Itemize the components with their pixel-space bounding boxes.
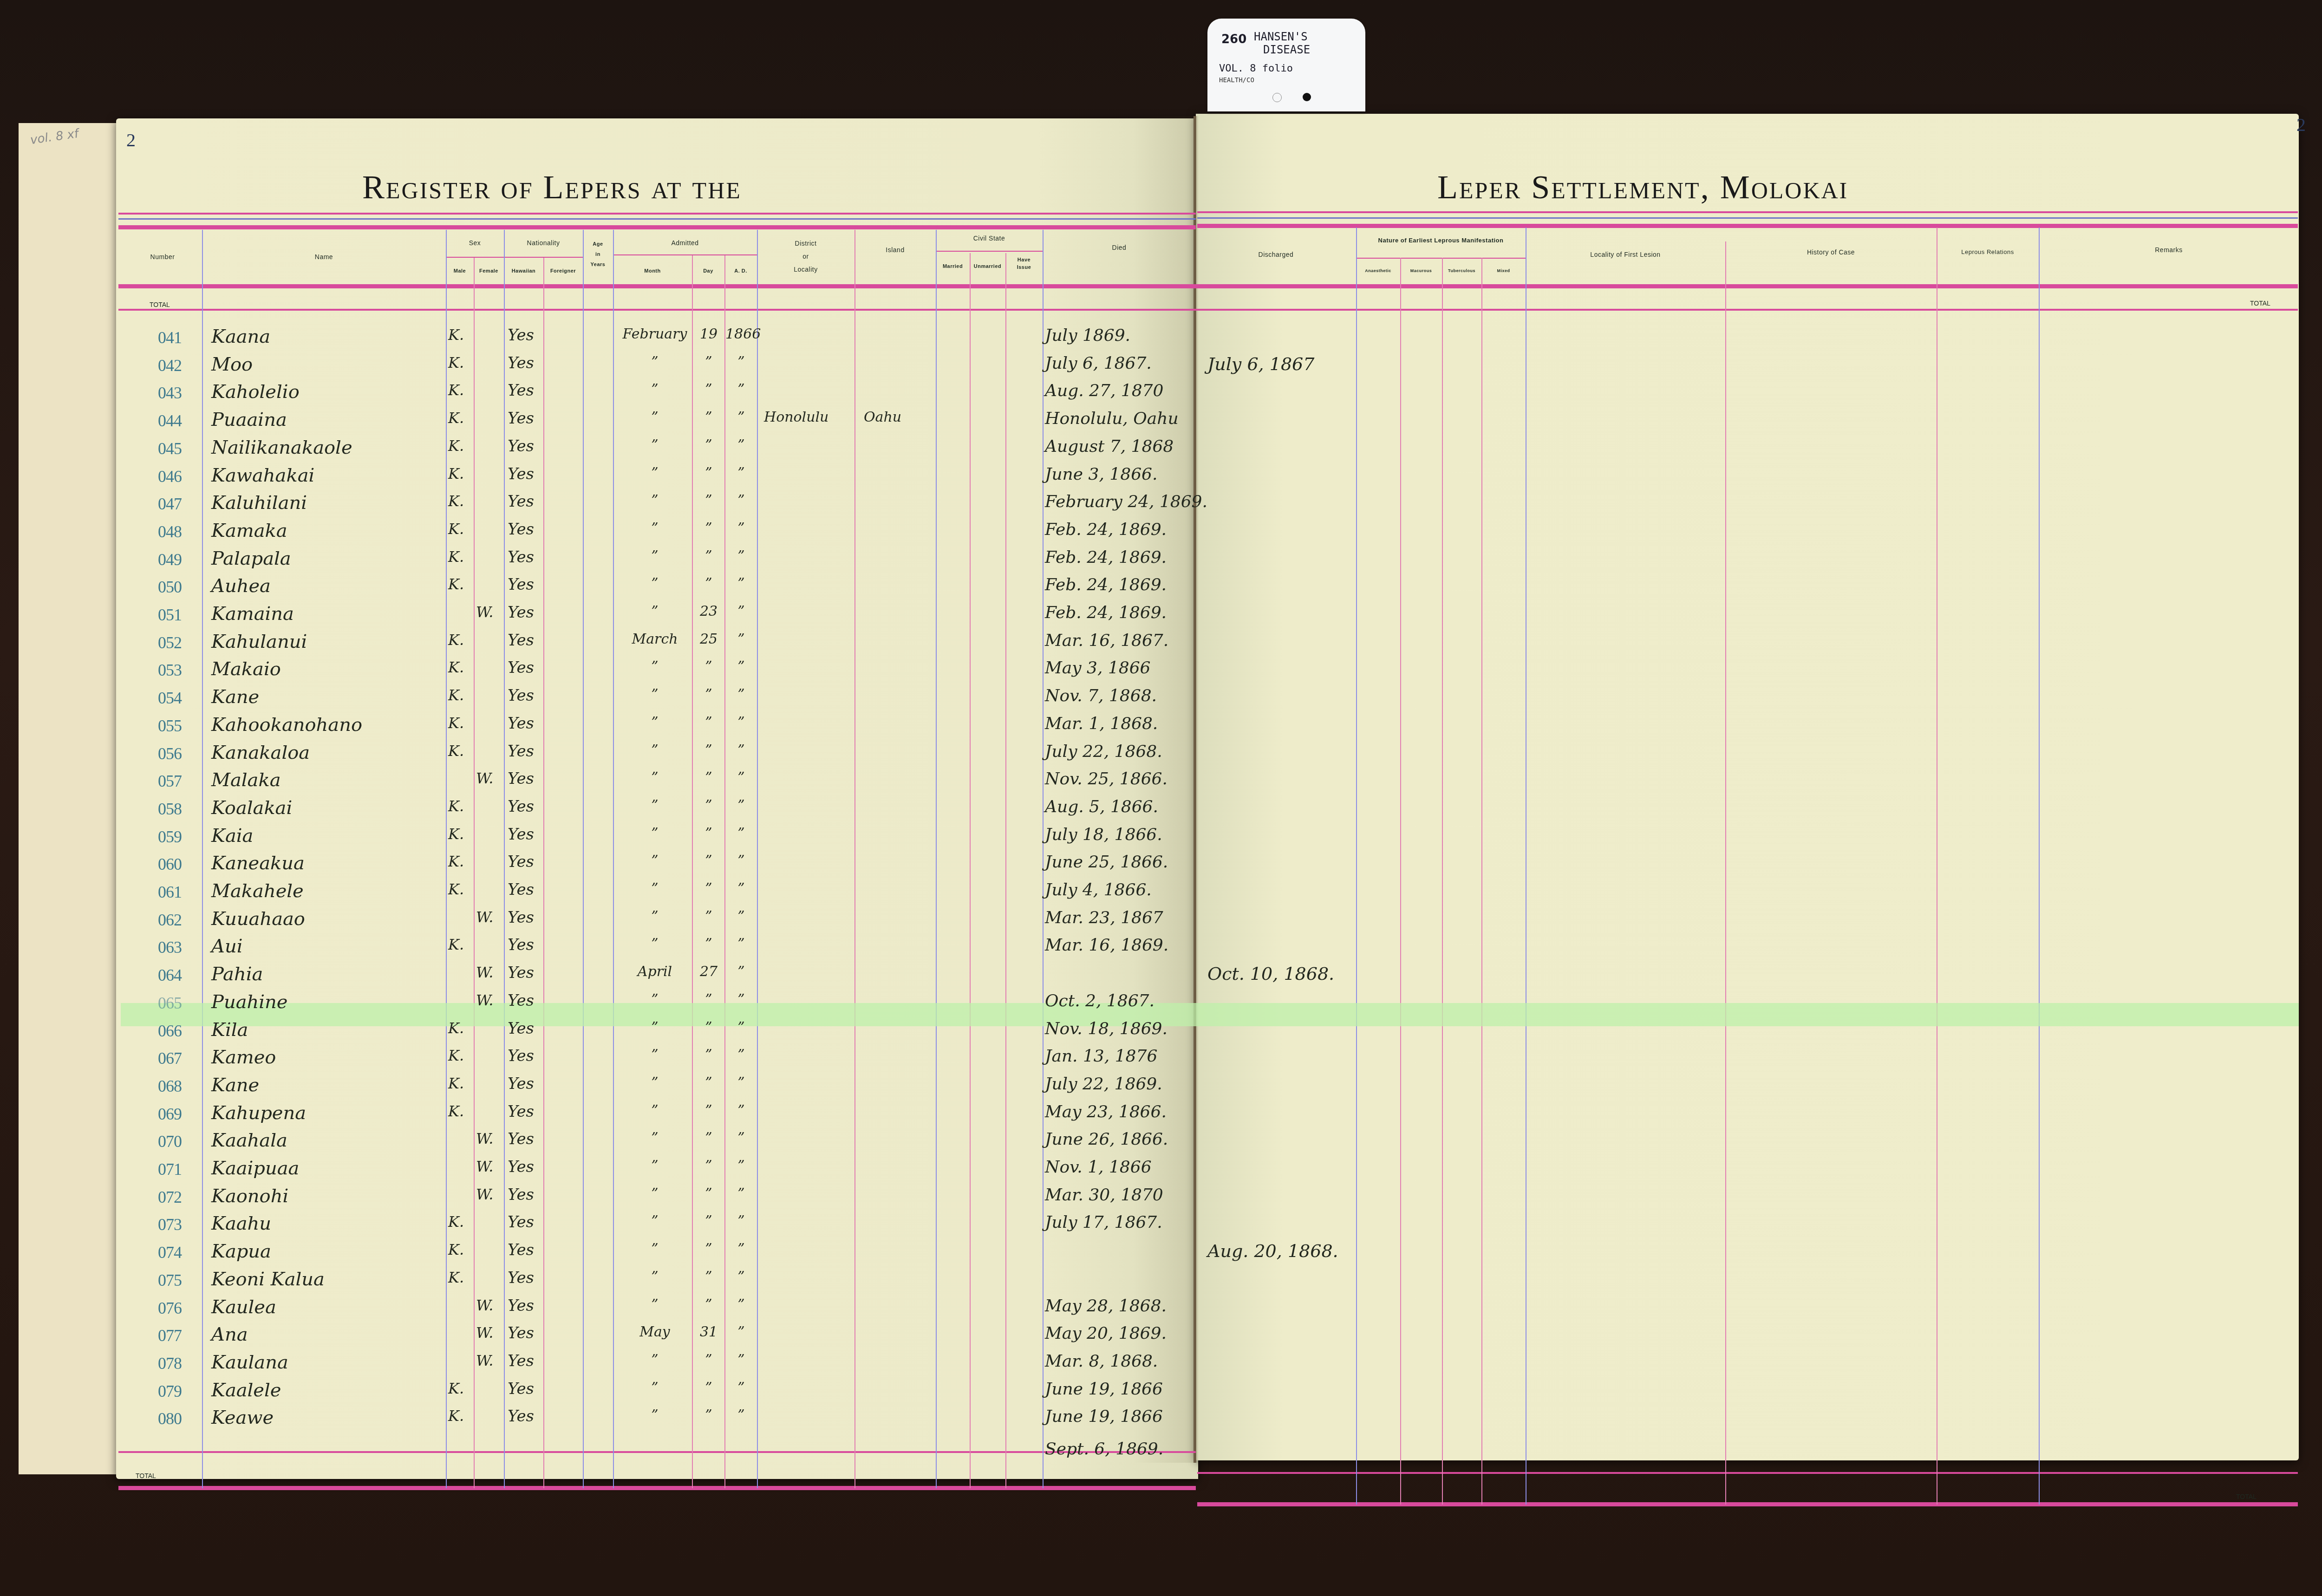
row-discharged: Aug. 20, 1868. [1207, 1241, 1338, 1261]
row-name: Moo [211, 354, 253, 375]
row-hawaiian: Yes [508, 603, 534, 622]
row-number: 072 [158, 1187, 182, 1207]
header-hawaiian: Hawaiian [504, 268, 543, 274]
row-sex-male: K. [448, 825, 464, 843]
row-hawaiian: Yes [508, 548, 534, 567]
row-admitted-day: ” [693, 880, 724, 897]
row-admitted-ad: ” [725, 1075, 757, 1091]
row-hawaiian: Yes [508, 326, 534, 345]
row-admitted-day: ” [693, 465, 724, 481]
row-hawaiian: Yes [508, 1213, 534, 1231]
row-hawaiian: Yes [508, 409, 534, 428]
row-number: 064 [158, 965, 182, 985]
row-sex-female: W. [476, 1324, 493, 1342]
row-name: Kaluhilani [211, 492, 307, 514]
row-hawaiian: Yes [508, 437, 534, 456]
row-name: Kaulea [211, 1296, 276, 1318]
tag-subject-line2: DISEASE [1254, 43, 1310, 56]
header-age-line3: Years [591, 262, 606, 267]
row-sex-male: K. [448, 520, 464, 538]
row-hawaiian: Yes [508, 1075, 534, 1093]
total-label-bottom-left: TOTAL [136, 1472, 156, 1479]
col-rule [202, 230, 203, 1488]
tag-hole-icon [1303, 93, 1311, 101]
col-rule [1400, 258, 1401, 1505]
col-rule [1442, 258, 1443, 1505]
col-rule [970, 253, 971, 1488]
row-name: Puahine [211, 991, 288, 1013]
row-died: Mar. 8, 1868. [1045, 1352, 1158, 1371]
row-admitted-ad: ” [725, 1324, 757, 1340]
row-name: Keawe [211, 1407, 274, 1428]
row-admitted-ad: ” [725, 1186, 757, 1202]
header-island: Island [854, 246, 936, 254]
row-sex-male: K. [448, 1380, 464, 1397]
row-hawaiian: Yes [508, 908, 534, 927]
row-hawaiian: Yes [508, 658, 534, 677]
row-died: August 7, 1868 [1045, 437, 1174, 456]
row-admitted-ad: ” [725, 1352, 757, 1368]
row-admitted-ad: ” [725, 1158, 757, 1174]
row-hawaiian: Yes [508, 1186, 534, 1204]
row-sex-male: K. [448, 1407, 464, 1425]
row-admitted-day: ” [693, 1019, 724, 1036]
row-admitted-month: ” [615, 1158, 694, 1174]
row-admitted-month: ” [615, 1352, 694, 1368]
row-admitted-month: ” [615, 1075, 694, 1091]
col-rule [1043, 230, 1044, 1488]
row-sex-male: K. [448, 1019, 464, 1037]
row-sex-male: K. [448, 853, 464, 870]
right-page-title: Leper Settlement, Molokai [1437, 168, 1848, 207]
row-sex-female: W. [476, 964, 493, 981]
row-sex-female: W. [476, 908, 493, 926]
tag-subject-line1: HANSEN'S [1254, 30, 1308, 43]
top-rule-blue [118, 218, 1196, 220]
row-number: 068 [158, 1076, 182, 1096]
row-hawaiian: Yes [508, 520, 534, 539]
col-rule [1526, 228, 1526, 1505]
row-hawaiian: Yes [508, 1324, 534, 1342]
bottom-total-bottom-rule-right [1197, 1502, 2298, 1506]
row-admitted-ad: ” [725, 686, 757, 703]
row-hawaiian: Yes [508, 1407, 534, 1426]
row-admitted-day: ” [693, 742, 724, 758]
row-discharged: Oct. 10, 1868. [1207, 964, 1334, 984]
header-have-issue: Have Issue [1005, 256, 1043, 271]
row-admitted-ad: ” [725, 853, 757, 869]
row-name: Kahulanui [211, 631, 307, 652]
row-name: Kapua [211, 1241, 271, 1262]
row-admitted-day: ” [693, 797, 724, 814]
row-admitted-day: ” [693, 1158, 724, 1174]
row-admitted-month: ” [615, 769, 694, 786]
row-hawaiian: Yes [508, 991, 534, 1010]
row-name: Kaahala [211, 1130, 287, 1151]
header-foreigner: Foreigner [543, 268, 583, 274]
row-died: June 19, 1866 [1045, 1407, 1163, 1426]
header-ad: A. D. [724, 268, 757, 274]
header-district-line3: Locality [794, 266, 817, 273]
row-admitted-ad: ” [725, 603, 757, 619]
row-hawaiian: Yes [508, 825, 534, 844]
header-name: Name [202, 253, 446, 261]
row-died: May 28, 1868. [1045, 1296, 1167, 1316]
row-admitted-ad: ” [725, 742, 757, 758]
row-admitted-day: ” [693, 1296, 724, 1313]
row-admitted-ad: ” [725, 1241, 757, 1257]
row-admitted-ad: ” [725, 769, 757, 786]
row-sex-male: K. [448, 409, 464, 427]
row-admitted-month: ” [615, 742, 694, 758]
row-sex-male: K. [448, 880, 464, 898]
col-rule [1937, 228, 1937, 1505]
row-name: Kawahakai [211, 465, 314, 486]
header-unmarried: Unmarried [970, 264, 1005, 269]
row-died: Feb. 24, 1869. [1045, 575, 1167, 594]
col-rule [543, 258, 544, 1488]
row-died: Nov. 1, 1866 [1045, 1158, 1152, 1177]
col-rule [1725, 241, 1726, 1505]
row-sex-male: K. [448, 575, 464, 593]
row-admitted-ad: ” [725, 465, 757, 481]
row-admitted-month: ” [615, 991, 694, 1008]
row-died: Mar. 30, 1870 [1045, 1186, 1163, 1205]
row-admitted-day: ” [693, 1186, 724, 1202]
row-admitted-month: ” [615, 1296, 694, 1313]
row-died: May 23, 1866. [1045, 1102, 1167, 1121]
row-admitted-day: 27 [693, 964, 724, 980]
total-label-top-left: TOTAL [150, 301, 170, 308]
row-admitted-month: ” [615, 936, 694, 952]
header-locality-first-lesion: Locality of First Lesion [1526, 251, 1725, 258]
header-bottom-rule [118, 284, 2298, 288]
row-died: July 1869. [1045, 326, 1130, 345]
row-hawaiian: Yes [508, 936, 534, 954]
row-name: Kaia [211, 825, 253, 847]
row-number: 080 [158, 1409, 182, 1428]
total-label-top-right: TOTAL [2250, 300, 2270, 307]
header-district-line2: or [802, 253, 809, 260]
row-number: 065 [158, 993, 182, 1013]
row-admitted-ad: ” [725, 548, 757, 564]
row-admitted-day: 23 [693, 603, 724, 619]
row-name: Kila [211, 1019, 248, 1041]
row-number: 069 [158, 1104, 182, 1124]
row-hawaiian: Yes [508, 575, 534, 594]
header-district-line1: District [795, 240, 817, 247]
row-admitted-month: ” [615, 548, 694, 564]
row-hawaiian: Yes [508, 964, 534, 982]
row-name: Kaholelio [211, 381, 300, 403]
row-number: 062 [158, 910, 182, 930]
row-admitted-day: ” [693, 1241, 724, 1257]
header-civil-state: Civil State [936, 235, 1043, 242]
row-admitted-ad: ” [725, 825, 757, 841]
row-admitted-ad: ” [725, 1296, 757, 1313]
row-hawaiian: Yes [508, 1269, 534, 1287]
row-name: Kahupena [211, 1102, 306, 1124]
row-admitted-ad: ” [725, 1047, 757, 1063]
header-top-rule [118, 225, 1196, 229]
sex-nationality-subrule [446, 257, 583, 258]
row-sex-male: K. [448, 1241, 464, 1258]
row-died: Nov. 7, 1868. [1045, 686, 1157, 705]
row-admitted-day: 19 [693, 326, 724, 342]
header-died: Died [1043, 244, 1196, 251]
row-died: Feb. 24, 1869. [1045, 548, 1167, 567]
row-number: 046 [158, 467, 182, 486]
row-admitted-day: ” [693, 437, 724, 453]
bottom-total-bottom-rule [118, 1486, 1196, 1490]
row-admitted-month: ” [615, 381, 694, 397]
row-number: 074 [158, 1243, 182, 1262]
row-hawaiian: Yes [508, 853, 534, 871]
row-admitted-month: ” [615, 1213, 694, 1229]
row-sex-male: K. [448, 437, 464, 455]
row-admitted-ad: ” [725, 797, 757, 814]
row-admitted-day: ” [693, 1352, 724, 1368]
row-admitted-day: ” [693, 409, 724, 425]
row-sex-male: K. [448, 1075, 464, 1092]
row-died: Aug. 5, 1866. [1045, 797, 1158, 816]
col-rule [2039, 228, 2040, 1505]
row-admitted-ad: ” [725, 575, 757, 592]
row-number: 075 [158, 1270, 182, 1290]
total-label-bottom-right: TOTAL [2236, 1493, 2257, 1500]
header-anaesthetic: Anaesthetic [1356, 268, 1400, 273]
row-admitted-ad: ” [725, 492, 757, 508]
row-admitted-day: ” [693, 825, 724, 841]
row-admitted-day: ” [693, 769, 724, 786]
row-died: June 3, 1866. [1045, 465, 1157, 484]
gutter-shadow [1133, 116, 1198, 1463]
row-admitted-month: ” [615, 1269, 694, 1285]
row-name: Koalakai [211, 797, 292, 819]
row-number: 076 [158, 1298, 182, 1318]
row-admitted-month: ” [615, 1186, 694, 1202]
row-number: 057 [158, 771, 182, 791]
row-number: 071 [158, 1160, 182, 1179]
row-admitted-day: ” [693, 575, 724, 592]
row-died: Feb. 24, 1869. [1045, 603, 1167, 622]
left-page-number: 2 [126, 129, 136, 151]
row-admitted-day: ” [693, 492, 724, 508]
row-number: 066 [158, 1021, 182, 1041]
row-admitted-ad: ” [725, 437, 757, 453]
row-admitted-month: ” [615, 658, 694, 675]
header-macurous: Macurous [1400, 268, 1442, 273]
row-hawaiian: Yes [508, 492, 534, 511]
row-admitted-month: ” [615, 465, 694, 481]
header-female: Female [474, 268, 504, 274]
row-admitted-day: ” [693, 991, 724, 1008]
row-island: Oahu [864, 409, 901, 425]
row-admitted-month: ” [615, 520, 694, 536]
row-hawaiian: Yes [508, 1047, 534, 1065]
row-hawaiian: Yes [508, 1130, 534, 1148]
row-sex-female: W. [476, 769, 493, 787]
row-number: 067 [158, 1049, 182, 1068]
row-admitted-ad: ” [725, 1130, 757, 1146]
row-admitted-day: ” [693, 1102, 724, 1119]
row-died: February 24, 1869. [1045, 492, 1207, 511]
top-rule-right [1197, 211, 2298, 213]
header-tuberculous: Tuberculous [1442, 268, 1481, 273]
row-sex-female: W. [476, 1186, 493, 1203]
row-number: 070 [158, 1132, 182, 1151]
row-admitted-ad: ” [725, 520, 757, 536]
row-sex-male: K. [448, 631, 464, 649]
header-number: Number [123, 253, 202, 261]
row-number: 055 [158, 716, 182, 736]
header-age-line1: Age [593, 241, 603, 247]
col-rule [474, 258, 475, 1488]
row-sex-female: W. [476, 1130, 493, 1147]
row-number: 052 [158, 633, 182, 652]
row-name: Kamaina [211, 603, 294, 625]
row-sex-male: K. [448, 492, 464, 510]
row-admitted-month: ” [615, 1019, 694, 1036]
manifestation-subrule [1356, 258, 1526, 259]
row-number: 045 [158, 439, 182, 458]
row-sex-male: K. [448, 354, 464, 371]
top-rule-blue-right [1197, 217, 2298, 219]
col-rule [936, 230, 937, 1488]
row-admitted-month: ” [615, 797, 694, 814]
row-number: 053 [158, 660, 182, 680]
row-admitted-month: ” [615, 437, 694, 453]
row-number: 044 [158, 411, 182, 430]
row-admitted-month: ” [615, 825, 694, 841]
row-admitted-month: ” [615, 908, 694, 925]
row-admitted-month: ” [615, 1047, 694, 1063]
row-hawaiian: Yes [508, 1352, 534, 1370]
row-died: Mar. 16, 1869. [1045, 936, 1168, 955]
row-name: Kameo [211, 1047, 276, 1068]
col-rule [854, 230, 855, 1488]
row-died: Oct. 2, 1867. [1045, 991, 1154, 1010]
row-admitted-ad: ” [725, 1380, 757, 1396]
row-died: July 22, 1869. [1045, 1075, 1162, 1094]
row-admitted-ad: ” [725, 1407, 757, 1423]
row-died: May 20, 1869. [1045, 1324, 1167, 1343]
row-admitted-day: ” [693, 1380, 724, 1396]
row-hawaiian: Yes [508, 1102, 534, 1121]
row-name: Aui [211, 936, 242, 957]
row-hawaiian: Yes [508, 1380, 534, 1398]
header-discharged: Discharged [1196, 251, 1356, 258]
row-number: 059 [158, 827, 182, 847]
row-number: 041 [158, 328, 182, 347]
row-died: Nov. 25, 1866. [1045, 769, 1168, 788]
civil-state-subrule [936, 251, 1043, 252]
header-top-rule-right [1197, 224, 2298, 228]
row-name: Nailikanakaole [211, 437, 352, 458]
row-admitted-ad: ” [725, 936, 757, 952]
row-number: 056 [158, 744, 182, 763]
row-number: 050 [158, 577, 182, 597]
row-died: July 18, 1866. [1045, 825, 1162, 844]
row-admitted-day: ” [693, 853, 724, 869]
header-have-issue-line1: Have [1018, 257, 1031, 263]
left-page-title: Register of Lepers at the [362, 168, 742, 207]
row-died: Mar. 16, 1867. [1045, 631, 1168, 650]
row-name: Ana [211, 1324, 248, 1345]
row-admitted-month: ” [615, 575, 694, 592]
row-admitted-month: ” [615, 603, 694, 619]
header-day: Day [692, 268, 724, 274]
row-admitted-ad: ” [725, 1213, 757, 1229]
row-admitted-ad: ” [725, 880, 757, 897]
row-name: Kaaipuaa [211, 1158, 299, 1179]
row-sex-female: W. [476, 603, 493, 621]
row-died: July 22, 1868. [1045, 742, 1162, 761]
row-hawaiian: Yes [508, 381, 534, 400]
row-admitted-day: ” [693, 1130, 724, 1146]
col-rule [1356, 228, 1357, 1505]
row-admitted-day: ” [693, 1269, 724, 1285]
row-name: Kahookanohano [211, 714, 362, 736]
row-sex-male: K. [448, 714, 464, 732]
row-died: Mar. 23, 1867 [1045, 908, 1163, 927]
row-sex-male: K. [448, 686, 464, 704]
row-admitted-day: ” [693, 908, 724, 925]
row-hawaiian: Yes [508, 1158, 534, 1176]
tag-department: HEALTH/CO [1219, 77, 1254, 84]
row-sex-female: W. [476, 1296, 493, 1314]
row-sex-male: K. [448, 1102, 464, 1120]
header-remarks: Remarks [2039, 246, 2299, 254]
row-number: 077 [158, 1326, 182, 1345]
row-admitted-ad: ” [725, 354, 757, 370]
row-died: June 25, 1866. [1045, 853, 1168, 872]
col-rule [504, 230, 505, 1488]
row-died: Nov. 18, 1869. [1045, 1019, 1168, 1038]
row-died: July 4, 1866. [1045, 880, 1152, 899]
header-age-line2: in [595, 252, 600, 257]
header-manifestation: Nature of Earliest Leprous Manifestation [1356, 237, 1526, 244]
tag-number: 260 [1221, 33, 1246, 46]
row-admitted-month: ” [615, 1241, 694, 1257]
row-sex-male: K. [448, 797, 464, 815]
row-name: Keoni Kalua [211, 1269, 325, 1290]
row-sex-male: K. [448, 1213, 464, 1231]
row-hawaiian: Yes [508, 465, 534, 483]
row-name: Kane [211, 1075, 259, 1096]
row-hawaiian: Yes [508, 1019, 534, 1038]
row-number: 061 [158, 882, 182, 902]
row-number: 049 [158, 550, 182, 569]
top-rule [118, 213, 1196, 215]
row-sex-female: W. [476, 1158, 493, 1175]
row-died: Jan. 13, 1876 [1045, 1047, 1157, 1066]
header-leprous-relations: Leprous Relations [1937, 248, 2039, 255]
row-name: Palapala [211, 548, 291, 569]
row-died: May 3, 1866 [1045, 658, 1151, 677]
row-number: 042 [158, 356, 182, 375]
highlighted-row-band [121, 1003, 2299, 1026]
row-hawaiian: Yes [508, 354, 534, 372]
row-died: June 19, 1866 [1045, 1380, 1163, 1399]
row-hawaiian: Yes [508, 742, 534, 761]
row-admitted-day: ” [693, 658, 724, 675]
row-name: Kuuahaao [211, 908, 305, 930]
col-rule [1481, 258, 1482, 1505]
row-name: Kaahu [211, 1213, 271, 1234]
row-died: Mar. 1, 1868. [1045, 714, 1158, 733]
header-mixed: Mixed [1481, 268, 1526, 273]
